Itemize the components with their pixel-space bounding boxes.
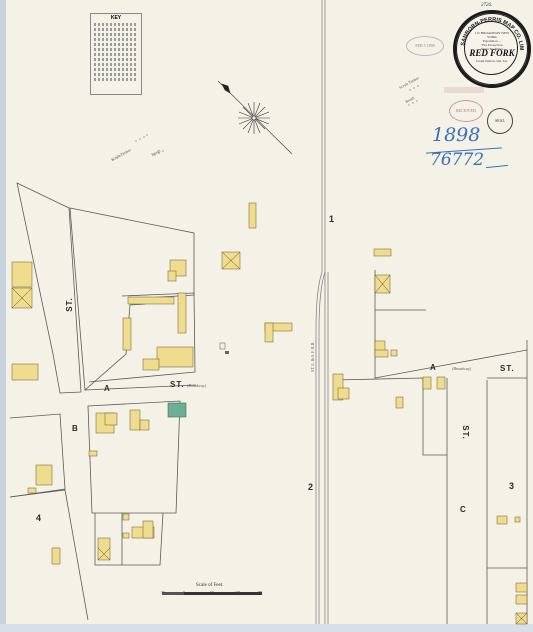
scale-tick: 50 [210,590,214,594]
street-st-c: ST. [461,425,470,440]
block-number-1: 1 [329,214,334,224]
handwritten-year: 1898 [432,124,480,146]
block-number-3: 3 [509,481,514,491]
block-number-4: 4 [36,513,41,523]
map-canvas [0,0,533,632]
railroad-label: ST. L. & S. F. R.R. [310,342,315,372]
block-number-2: 2 [308,482,313,492]
city-name: RED FORK [456,48,528,58]
street-note: (Broadway) [187,383,206,388]
frame-buildings [12,203,527,624]
scale-label: Scale of Feet. [196,583,223,588]
street-b: B [72,424,79,433]
scale-tick: 200 [257,590,262,594]
sheet-number: 2726. [481,3,492,8]
street-a-east: A [430,363,437,372]
street-st-east: ST. [500,364,515,373]
scale-tick: 50 [161,590,165,594]
street-st-west: ST. [170,380,185,389]
map-key-legend: KEY [90,13,142,95]
publisher-seal: SANBORN-PERRIS MAP CO. LIMITED 115 BROAD… [453,10,531,88]
seal-subtitle: Creek Nation, Ind. Ter. [466,59,518,63]
faint-stamp [444,87,484,93]
date-stamp: FEB 5 1898 [406,36,444,56]
street-c: C [460,505,467,514]
street-st-vertical: ST. [65,297,74,312]
railroad-tracks [316,0,328,624]
handwritten-number: 76772 [430,150,484,170]
small-seal-stamp: SEAL [487,108,513,134]
street-a-west: A [104,384,111,393]
compass-rose [218,81,292,154]
brick-building [168,403,186,417]
key-title: KEY [91,15,141,21]
street-note-east: (Broadway) [452,366,471,371]
received-stamp: RECEIVED [449,100,483,122]
scale-tick: 0 [183,590,185,594]
scale-tick: 100 [235,590,240,594]
